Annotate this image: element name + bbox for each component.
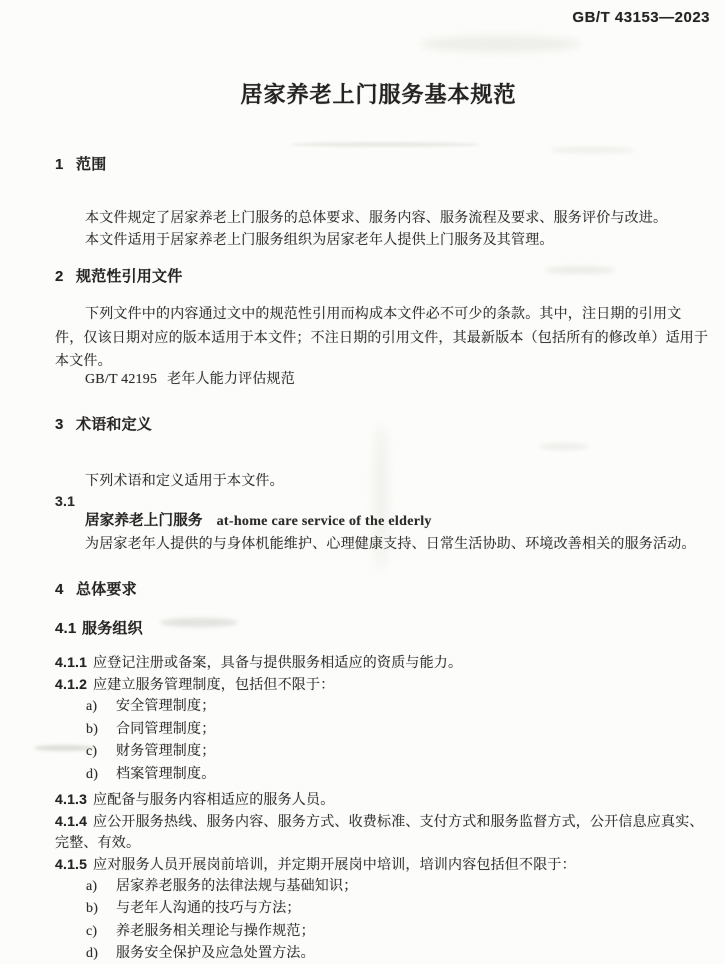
clause-4-number: 4: [55, 578, 76, 601]
list-item-text: 档案管理制度。: [116, 763, 215, 786]
clause-4-1-4-number: 4.1.4: [55, 810, 93, 833]
reference-standard-title: 老年人能力评估规范: [167, 372, 295, 387]
list-item-letter: b): [86, 897, 98, 920]
clause-3-heading: 3术语和定义: [55, 413, 152, 436]
clause-4-1-4-line-1: 4.1.4应公开服务热线、服务内容、服务方式、收费标准、支付方式和服务监督方式，…: [55, 810, 704, 833]
list-item-letter: c): [86, 740, 97, 763]
list-item: a)居家养老服务的法律法规与基础知识；: [55, 875, 715, 898]
clause-3-intro: 下列术语和定义适用于本文件。: [85, 470, 284, 493]
clause-1-number: 1: [55, 153, 76, 176]
list-item-letter: d): [86, 942, 98, 964]
clause-4-1-4-line-2: 完整、有效。: [55, 832, 140, 855]
term-entry: 居家养老上门服务at-home care service of the elde…: [85, 510, 432, 533]
clause-3-title: 术语和定义: [76, 416, 152, 433]
list-item-text: 居家养老服务的法律法规与基础知识；: [116, 875, 357, 898]
clause-2-paragraph-line-1: 下列文件中的内容通过文中的规范性引用而构成本文件必不可少的条款。其中，注日期的引…: [85, 303, 681, 326]
clause-4-1-4-text-line-1: 应公开服务热线、服务内容、服务方式、收费标准、支付方式和服务监督方式，公开信息应…: [93, 815, 704, 830]
clause-2-number: 2: [55, 265, 76, 288]
clause-4-heading: 4总体要求: [55, 578, 137, 601]
clause-4-1-3-number: 4.1.3: [55, 788, 93, 811]
clause-4-title: 总体要求: [76, 581, 137, 598]
list-item: c)养老服务相关理论与操作规范；: [55, 920, 715, 943]
clause-4-1-5-text: 应对服务人员开展岗前培训，并定期开展岗中培训，培训内容包括但不限于：: [93, 858, 576, 873]
clause-4-1-2-number: 4.1.2: [55, 673, 93, 696]
list-item: b)合同管理制度；: [55, 718, 715, 741]
list-item-text: 与老年人沟通的技巧与方法；: [116, 897, 301, 920]
clause-4-1-2-text: 应建立服务管理制度，包括但不限于：: [93, 678, 334, 693]
document-body: 1范围 本文件规定了居家养老上门服务的总体要求、服务内容、服务流程及要求、服务评…: [55, 0, 715, 964]
clause-2-heading: 2规范性引用文件: [55, 265, 182, 288]
term-entry-number: 3.1: [55, 490, 75, 513]
clause-2-paragraph-line-2: 件，仅该日期对应的版本适用于本文件；不注日期的引用文件，其最新版本（包括所有的修…: [55, 327, 708, 350]
clause-1-paragraph-1: 本文件规定了居家养老上门服务的总体要求、服务内容、服务流程及要求、服务评价与改进…: [85, 207, 667, 230]
list-item-text: 财务管理制度；: [116, 740, 215, 763]
clause-3-number: 3: [55, 413, 76, 436]
term-chinese: 居家养老上门服务: [85, 513, 203, 529]
clause-1-heading: 1范围: [55, 153, 106, 176]
list-item: a)安全管理制度；: [55, 695, 715, 718]
reference-standard-id: GB/T 42195: [85, 372, 157, 387]
list-item-letter: d): [86, 763, 98, 786]
clause-4-1-5-number: 4.1.5: [55, 853, 93, 876]
term-english: at-home care service of the elderly: [217, 514, 432, 529]
clause-4-1-number: 4.1: [55, 617, 82, 640]
list-item-text: 服务安全保护及应急处置方法。: [116, 942, 315, 964]
clause-1-paragraph-2: 本文件适用于居家养老上门服务组织为居家老年人提供上门服务及其管理。: [85, 229, 554, 252]
clause-4-1-1-number: 4.1.1: [55, 651, 93, 674]
clause-4-1-heading: 4.1服务组织: [55, 617, 143, 640]
clause-4-1-3: 4.1.3应配备与服务内容相适应的服务人员。: [55, 788, 334, 811]
normative-reference: GB/T 42195老年人能力评估规范: [85, 368, 295, 391]
clause-4-1-3-text: 应配备与服务内容相适应的服务人员。: [93, 793, 334, 808]
standard-document-page: GB/T 43153—2023 居家养老上门服务基本规范 1范围 本文件规定了居…: [0, 0, 725, 964]
list-item: c)财务管理制度；: [55, 740, 715, 763]
list-item-letter: a): [86, 875, 97, 898]
list-item-text: 养老服务相关理论与操作规范；: [116, 920, 315, 943]
list-item-letter: a): [86, 695, 97, 718]
clause-4-1-title: 服务组织: [82, 620, 143, 637]
list-item: d)档案管理制度。: [55, 763, 715, 786]
list-item-text: 合同管理制度；: [116, 718, 215, 741]
list-item-letter: c): [86, 920, 97, 943]
clause-4-1-5: 4.1.5应对服务人员开展岗前培训，并定期开展岗中培训，培训内容包括但不限于：: [55, 853, 576, 876]
clause-4-1-1-text: 应登记注册或备案，具备与提供服务相适应的资质与能力。: [93, 656, 462, 671]
clause-1-title: 范围: [76, 156, 106, 173]
list-item-text: 安全管理制度；: [116, 695, 215, 718]
clause-4-1-1: 4.1.1应登记注册或备案，具备与提供服务相适应的资质与能力。: [55, 651, 462, 674]
list-item-letter: b): [86, 718, 98, 741]
clause-2-title: 规范性引用文件: [76, 268, 182, 285]
term-definition: 为居家老年人提供的与身体机能维护、心理健康支持、日常生活协助、环境改善相关的服务…: [85, 533, 696, 556]
list-item: d)服务安全保护及应急处置方法。: [55, 942, 715, 964]
list-item: b)与老年人沟通的技巧与方法；: [55, 897, 715, 920]
clause-4-1-2: 4.1.2应建立服务管理制度，包括但不限于：: [55, 673, 334, 696]
